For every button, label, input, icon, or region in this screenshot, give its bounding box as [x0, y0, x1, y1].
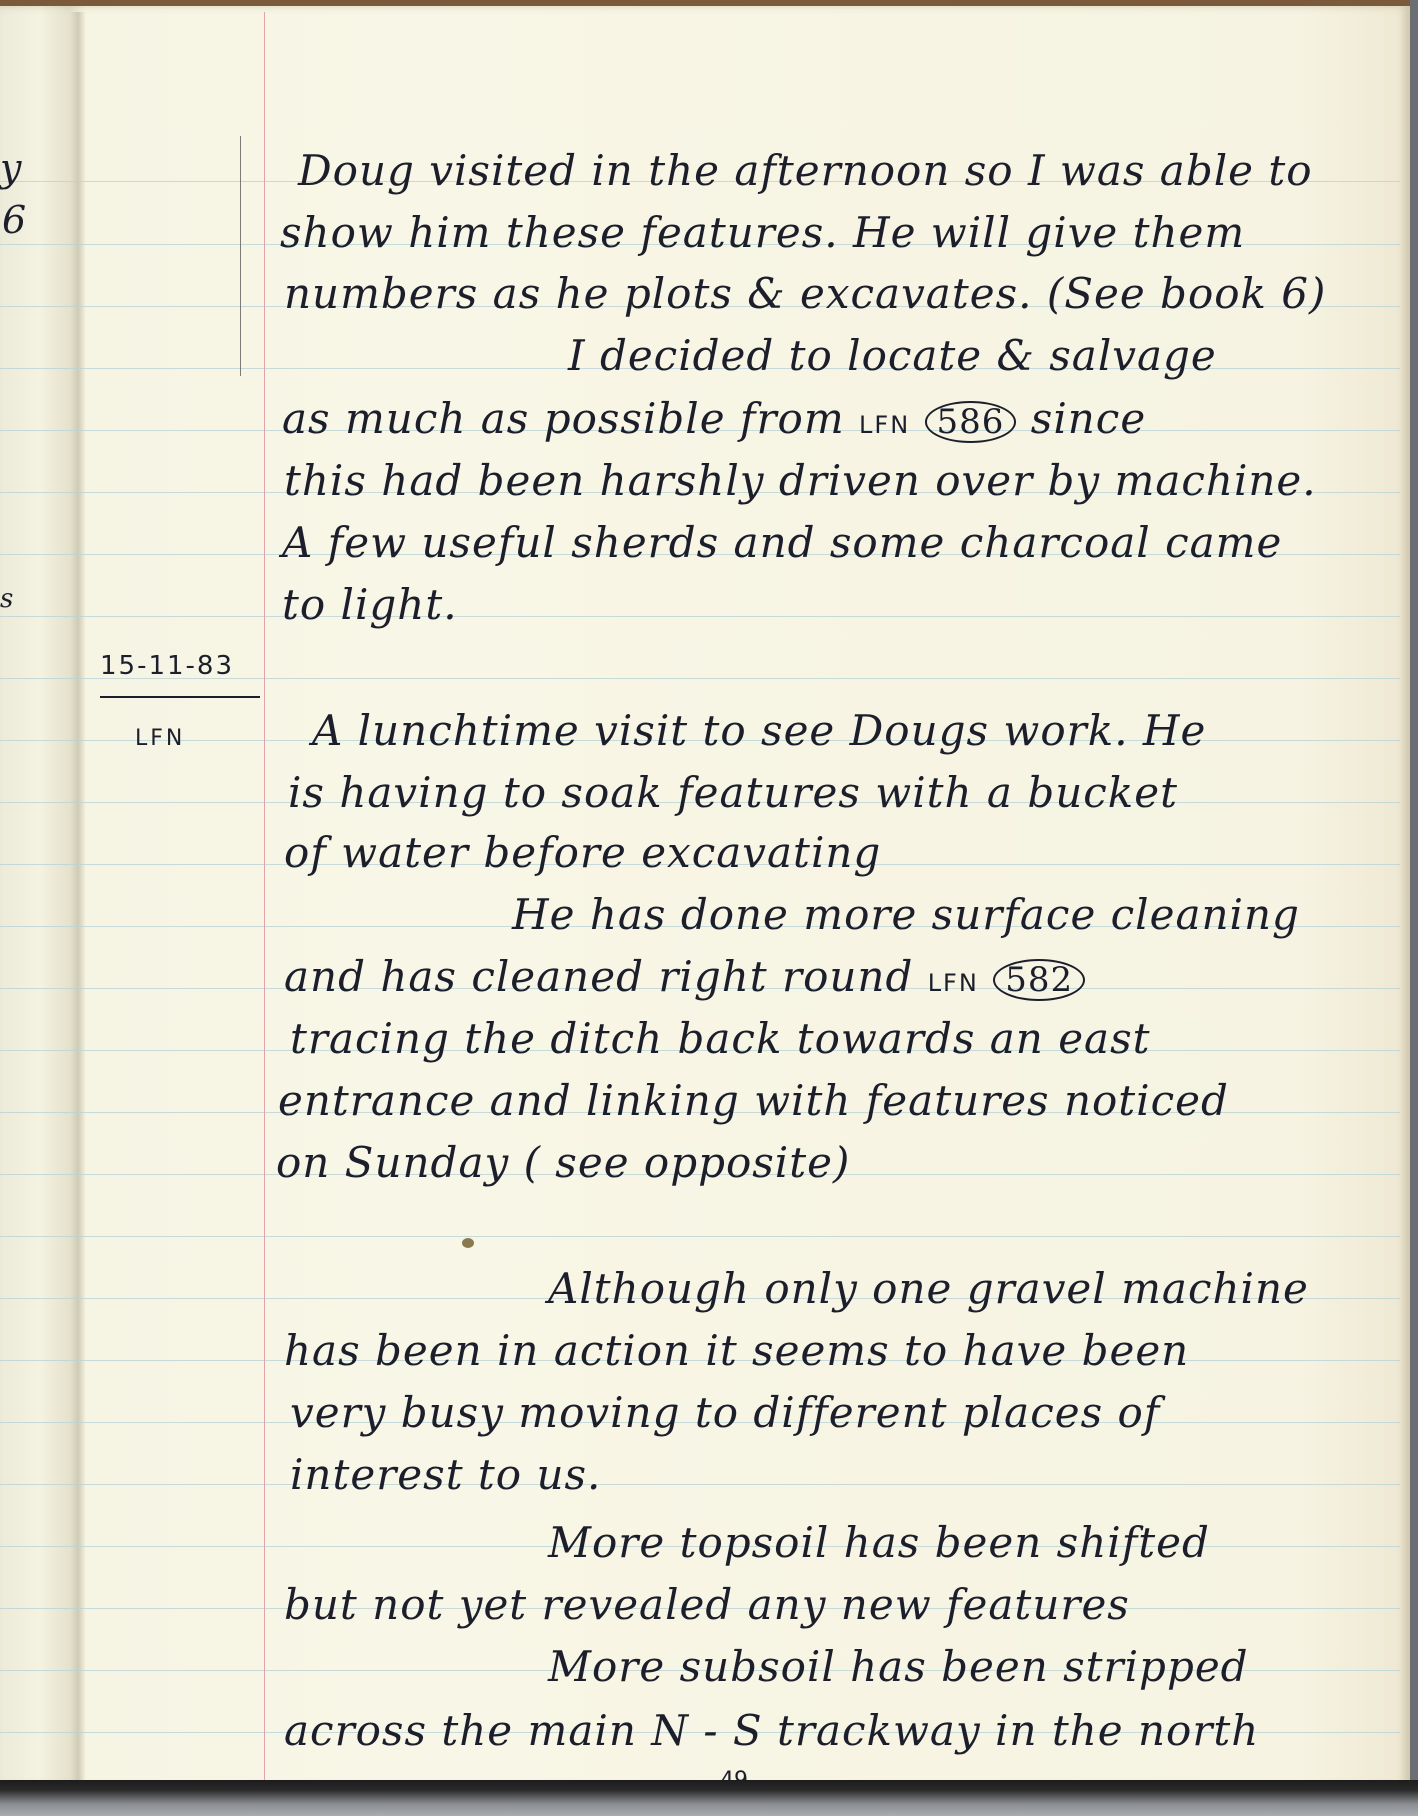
text-line: across the main N - S trackway in the no… — [284, 1706, 1259, 1755]
feature-number-badge: 586 — [925, 401, 1017, 443]
text-line: this had been harshly driven over by mac… — [284, 456, 1317, 505]
book-bottom-edge — [0, 1780, 1418, 1816]
text-line: of water before excavating — [284, 828, 881, 877]
site-code-inline: LFN — [928, 969, 979, 997]
notebook-page: y 6 s 15-11-83 LFN Doug visited in the a… — [0, 0, 1410, 1786]
facing-page-fragment: y — [0, 146, 21, 190]
feature-number-badge: 582 — [993, 959, 1085, 1001]
date-underline — [100, 696, 260, 698]
text-line: More topsoil has been shifted — [548, 1518, 1210, 1567]
ruled-line — [0, 616, 1400, 617]
facing-page-fragment: s — [0, 584, 13, 614]
facing-page-fragment: 6 — [2, 198, 26, 242]
text-line: and has cleaned right round LFN 582 — [284, 952, 1085, 1001]
text-line: entrance and linking with features notic… — [278, 1076, 1229, 1125]
text-line: He has done more surface cleaning — [512, 890, 1300, 939]
page-gutter — [70, 12, 86, 1786]
text-line: I decided to locate & salvage — [568, 331, 1217, 380]
text-line: tracing the ditch back towards an east — [290, 1014, 1151, 1063]
text-line: has been in action it seems to have been — [284, 1326, 1189, 1375]
text-line: numbers as he plots & excavates. (See bo… — [284, 269, 1326, 318]
ink-smudge — [462, 1238, 474, 1248]
text-line: very busy moving to different places of — [290, 1388, 1160, 1437]
ruled-line — [0, 1236, 1400, 1237]
text-line: More subsoil has been stripped — [548, 1642, 1249, 1691]
text-line: is having to soak features with a bucket — [288, 768, 1178, 817]
text-line: to light. — [282, 580, 458, 629]
ruled-line — [0, 1484, 1400, 1485]
text-line: A lunchtime visit to see Dougs work. He — [312, 706, 1206, 755]
text-line: but not yet revealed any new features — [284, 1580, 1130, 1629]
site-code-inline: LFN — [859, 411, 910, 439]
entry-date: 15-11-83 — [100, 651, 234, 681]
margin-line — [264, 12, 265, 1786]
text-line: Doug visited in the afternoon so I was a… — [298, 146, 1313, 195]
pencil-margin-mark — [240, 136, 241, 376]
text-line: interest to us. — [290, 1450, 601, 1499]
text-line: Although only one gravel machine — [548, 1264, 1309, 1313]
site-code: LFN — [135, 726, 185, 751]
text-line: on Sunday ( see opposite) — [276, 1138, 850, 1187]
text-line: A few useful sherds and some charcoal ca… — [282, 518, 1282, 567]
text-line: show him these features. He will give th… — [280, 208, 1245, 257]
text-line: as much as possible from LFN 586 since — [282, 394, 1146, 443]
